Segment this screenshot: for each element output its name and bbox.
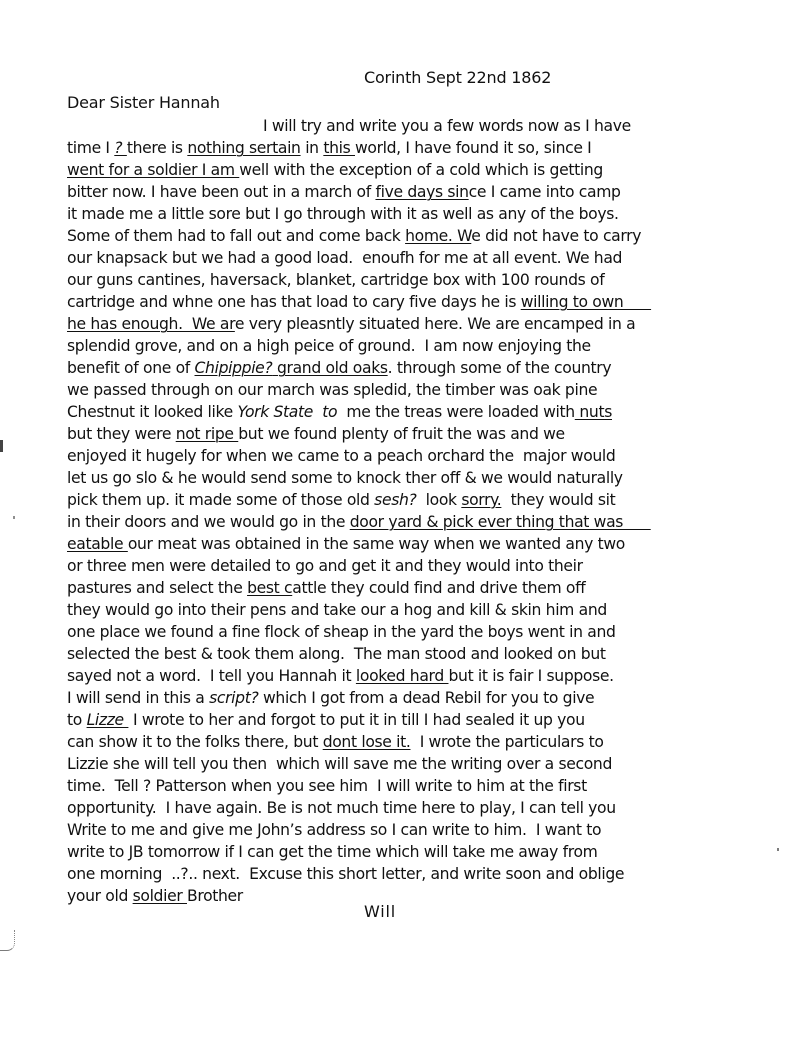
scan-artifact-mark	[0, 440, 3, 452]
letter-text: Lizzie she will tell you then which will…	[67, 755, 612, 773]
scan-artifact-dot	[777, 848, 779, 851]
letter-line: selected the best & took them along. The…	[67, 643, 767, 665]
underlined-text: nuts	[575, 403, 612, 421]
letter-line: I will send in this a script? which I go…	[67, 687, 767, 709]
letter-line: Some of them had to fall out and come ba…	[67, 225, 767, 247]
letter-line: went for a soldier I am well with the ex…	[67, 159, 767, 181]
underlined-text: this	[323, 139, 355, 157]
letter-line: splendid grove, and on a high peice of g…	[67, 335, 767, 357]
letter-text: pick them up. it made some of those old	[67, 491, 374, 509]
letter-text: me the treas were loaded with	[337, 403, 575, 421]
letter-text: let us go slo & he would send some to kn…	[67, 469, 623, 487]
letter-line: sayed not a word. I tell you Hannah it l…	[67, 665, 767, 687]
letter-text: bitter now. I have been out in a march o…	[67, 183, 375, 201]
letter-text: pastures and select the	[67, 579, 247, 597]
letter-signature: Will	[364, 902, 396, 921]
underlined-text: best c	[247, 579, 292, 597]
letter-text: selected the best & took them along. The…	[67, 645, 606, 663]
underlined-text: went for a soldier I am	[67, 161, 239, 179]
letter-text: one morning ..?.. next. Excuse this shor…	[67, 865, 624, 883]
letter-body: I will try and write you a few words now…	[67, 115, 767, 907]
letter-line: I will try and write you a few words now…	[67, 115, 767, 137]
letter-text: splendid grove, and on a high peice of g…	[67, 337, 591, 355]
letter-line: one morning ..?.. next. Excuse this shor…	[67, 863, 767, 885]
letter-line: our guns cantines, haversack, blanket, c…	[67, 269, 767, 291]
letter-text: I wrote to her and forgot to put it in t…	[128, 711, 584, 729]
letter-line: pick them up. it made some of those old …	[67, 489, 767, 511]
letter-text: enjoyed it hugely for when we came to a …	[67, 447, 615, 465]
letter-text: look	[416, 491, 461, 509]
letter-text: world, I have found it so, since I	[355, 139, 591, 157]
italic-text: York State to	[237, 403, 337, 421]
letter-text: time. Tell ? Patterson when you see him …	[67, 777, 587, 795]
letter-line: time. Tell ? Patterson when you see him …	[67, 775, 767, 797]
letter-text: they would go into their pens and take o…	[67, 601, 607, 619]
underlined-text: sorry.	[461, 491, 501, 509]
letter-line: our knapsack but we had a good load. eno…	[67, 247, 767, 269]
letter-text: in their doors and we would go in the	[67, 513, 350, 531]
letter-text: one place we found a fine flock of sheap…	[67, 623, 616, 641]
letter-text: ce I came into camp	[469, 183, 621, 201]
letter-line: your old soldier Brother	[67, 885, 767, 907]
letter-text: time I	[67, 139, 114, 157]
letter-text: there is	[127, 139, 187, 157]
letter-text: e very pleasntly situated here. We are e…	[235, 315, 636, 333]
letter-line: time I ? there is nothing sertain in thi…	[67, 137, 767, 159]
letter-text: opportunity. I have again. Be is not muc…	[67, 799, 616, 817]
underlined-text: door yard & pick ever thing that was	[350, 513, 651, 531]
letter-text: it made me a little sore but I go throug…	[67, 205, 619, 223]
letter-text: our knapsack but we had a good load. eno…	[67, 249, 622, 267]
letter-line: let us go slo & he would send some to kn…	[67, 467, 767, 489]
letter-line: or three men were detailed to go and get…	[67, 555, 767, 577]
letter-text: in	[301, 139, 324, 157]
letter-line: eatable our meat was obtained in the sam…	[67, 533, 767, 555]
letter-text: Brother	[187, 887, 243, 905]
letter-text: well with the exception of a cold which …	[239, 161, 603, 179]
underlined-text: willing to own	[521, 293, 651, 311]
underlined-text: nothing sertain	[187, 139, 300, 157]
letter-text: but we found plenty of fruit the was and…	[238, 425, 565, 443]
letter-text: benefit of one of	[67, 359, 195, 377]
letter-line: we passed through on our march was spled…	[67, 379, 767, 401]
letter-text: . through some of the country	[388, 359, 612, 377]
underlined-text: ?	[114, 139, 127, 157]
letter-line: bitter now. I have been out in a march o…	[67, 181, 767, 203]
letter-line: can show it to the folks there, but dont…	[67, 731, 767, 753]
underlined-text: five days sin	[375, 183, 468, 201]
underlined-text: home. W	[405, 227, 471, 245]
underlined-text: dont lose it.	[323, 733, 411, 751]
letter-text: Write to me and give me John’s address s…	[67, 821, 601, 839]
letter-text: our guns cantines, haversack, blanket, c…	[67, 271, 604, 289]
letter-line: pastures and select the best cattle they…	[67, 577, 767, 599]
underlined-text: not ripe	[176, 425, 239, 443]
underlined-text: he has enough. We ar	[67, 315, 235, 333]
letter-text: can show it to the folks there, but	[67, 733, 323, 751]
letter-text: your old	[67, 887, 133, 905]
letter-line: he has enough. We are very pleasntly sit…	[67, 313, 767, 335]
letter-text: they would sit	[501, 491, 615, 509]
letter-line: cartridge and whne one has that load to …	[67, 291, 767, 313]
letter-line: write to JB tomorrow if I can get the ti…	[67, 841, 767, 863]
letter-text: to	[67, 711, 87, 729]
letter-text: I will send in this a	[67, 689, 209, 707]
letter-line: Write to me and give me John’s address s…	[67, 819, 767, 841]
letter-line: one place we found a fine flock of sheap…	[67, 621, 767, 643]
letter-line: opportunity. I have again. Be is not muc…	[67, 797, 767, 819]
letter-text: Chestnut it looked like	[67, 403, 237, 421]
letter-line: they would go into their pens and take o…	[67, 599, 767, 621]
letter-text: e did not have to carry	[471, 227, 641, 245]
letter-page: Corinth Sept 22nd 1862 Dear Sister Hanna…	[0, 0, 785, 1050]
letter-text: write to JB tomorrow if I can get the ti…	[67, 843, 598, 861]
underlined-text: soldier	[133, 887, 187, 905]
letter-line: in their doors and we would go in the do…	[67, 511, 767, 533]
letter-line: to Lizze I wrote to her and forgot to pu…	[67, 709, 767, 731]
letter-line: it made me a little sore but I go throug…	[67, 203, 767, 225]
letter-text: but it is fair I suppose.	[448, 667, 613, 685]
letter-heading: Corinth Sept 22nd 1862	[364, 68, 551, 87]
letter-text: I will try and write you a few words now…	[263, 117, 631, 135]
letter-text: but they were	[67, 425, 176, 443]
italic-text: script?	[209, 689, 258, 707]
letter-text: Some of them had to fall out and come ba…	[67, 227, 405, 245]
scan-artifact-corner	[0, 930, 15, 951]
letter-line: but they were not ripe but we found plen…	[67, 423, 767, 445]
letter-text: cartridge and whne one has that load to …	[67, 293, 521, 311]
letter-text: or three men were detailed to go and get…	[67, 557, 583, 575]
italic-text: sesh?	[374, 491, 416, 509]
underlined-text: looked hard	[356, 667, 449, 685]
underlined-text: Chipippie?	[195, 359, 273, 377]
underlined-text: grand old oaks	[272, 359, 387, 377]
letter-line: enjoyed it hugely for when we came to a …	[67, 445, 767, 467]
letter-line: benefit of one of Chipippie? grand old o…	[67, 357, 767, 379]
underlined-text: eatable	[67, 535, 128, 553]
underlined-text: Lizze	[87, 711, 129, 729]
letter-text: sayed not a word. I tell you Hannah it	[67, 667, 356, 685]
letter-text: our meat was obtained in the same way wh…	[128, 535, 625, 553]
letter-line: Lizzie she will tell you then which will…	[67, 753, 767, 775]
letter-text: attle they could find and drive them off	[292, 579, 585, 597]
letter-salutation: Dear Sister Hannah	[67, 93, 220, 112]
scan-artifact-dot	[13, 516, 15, 519]
letter-text: I wrote the particulars to	[410, 733, 603, 751]
letter-line: Chestnut it looked like York State to me…	[67, 401, 767, 423]
letter-text: we passed through on our march was spled…	[67, 381, 597, 399]
letter-text: which I got from a dead Rebil for you to…	[258, 689, 594, 707]
